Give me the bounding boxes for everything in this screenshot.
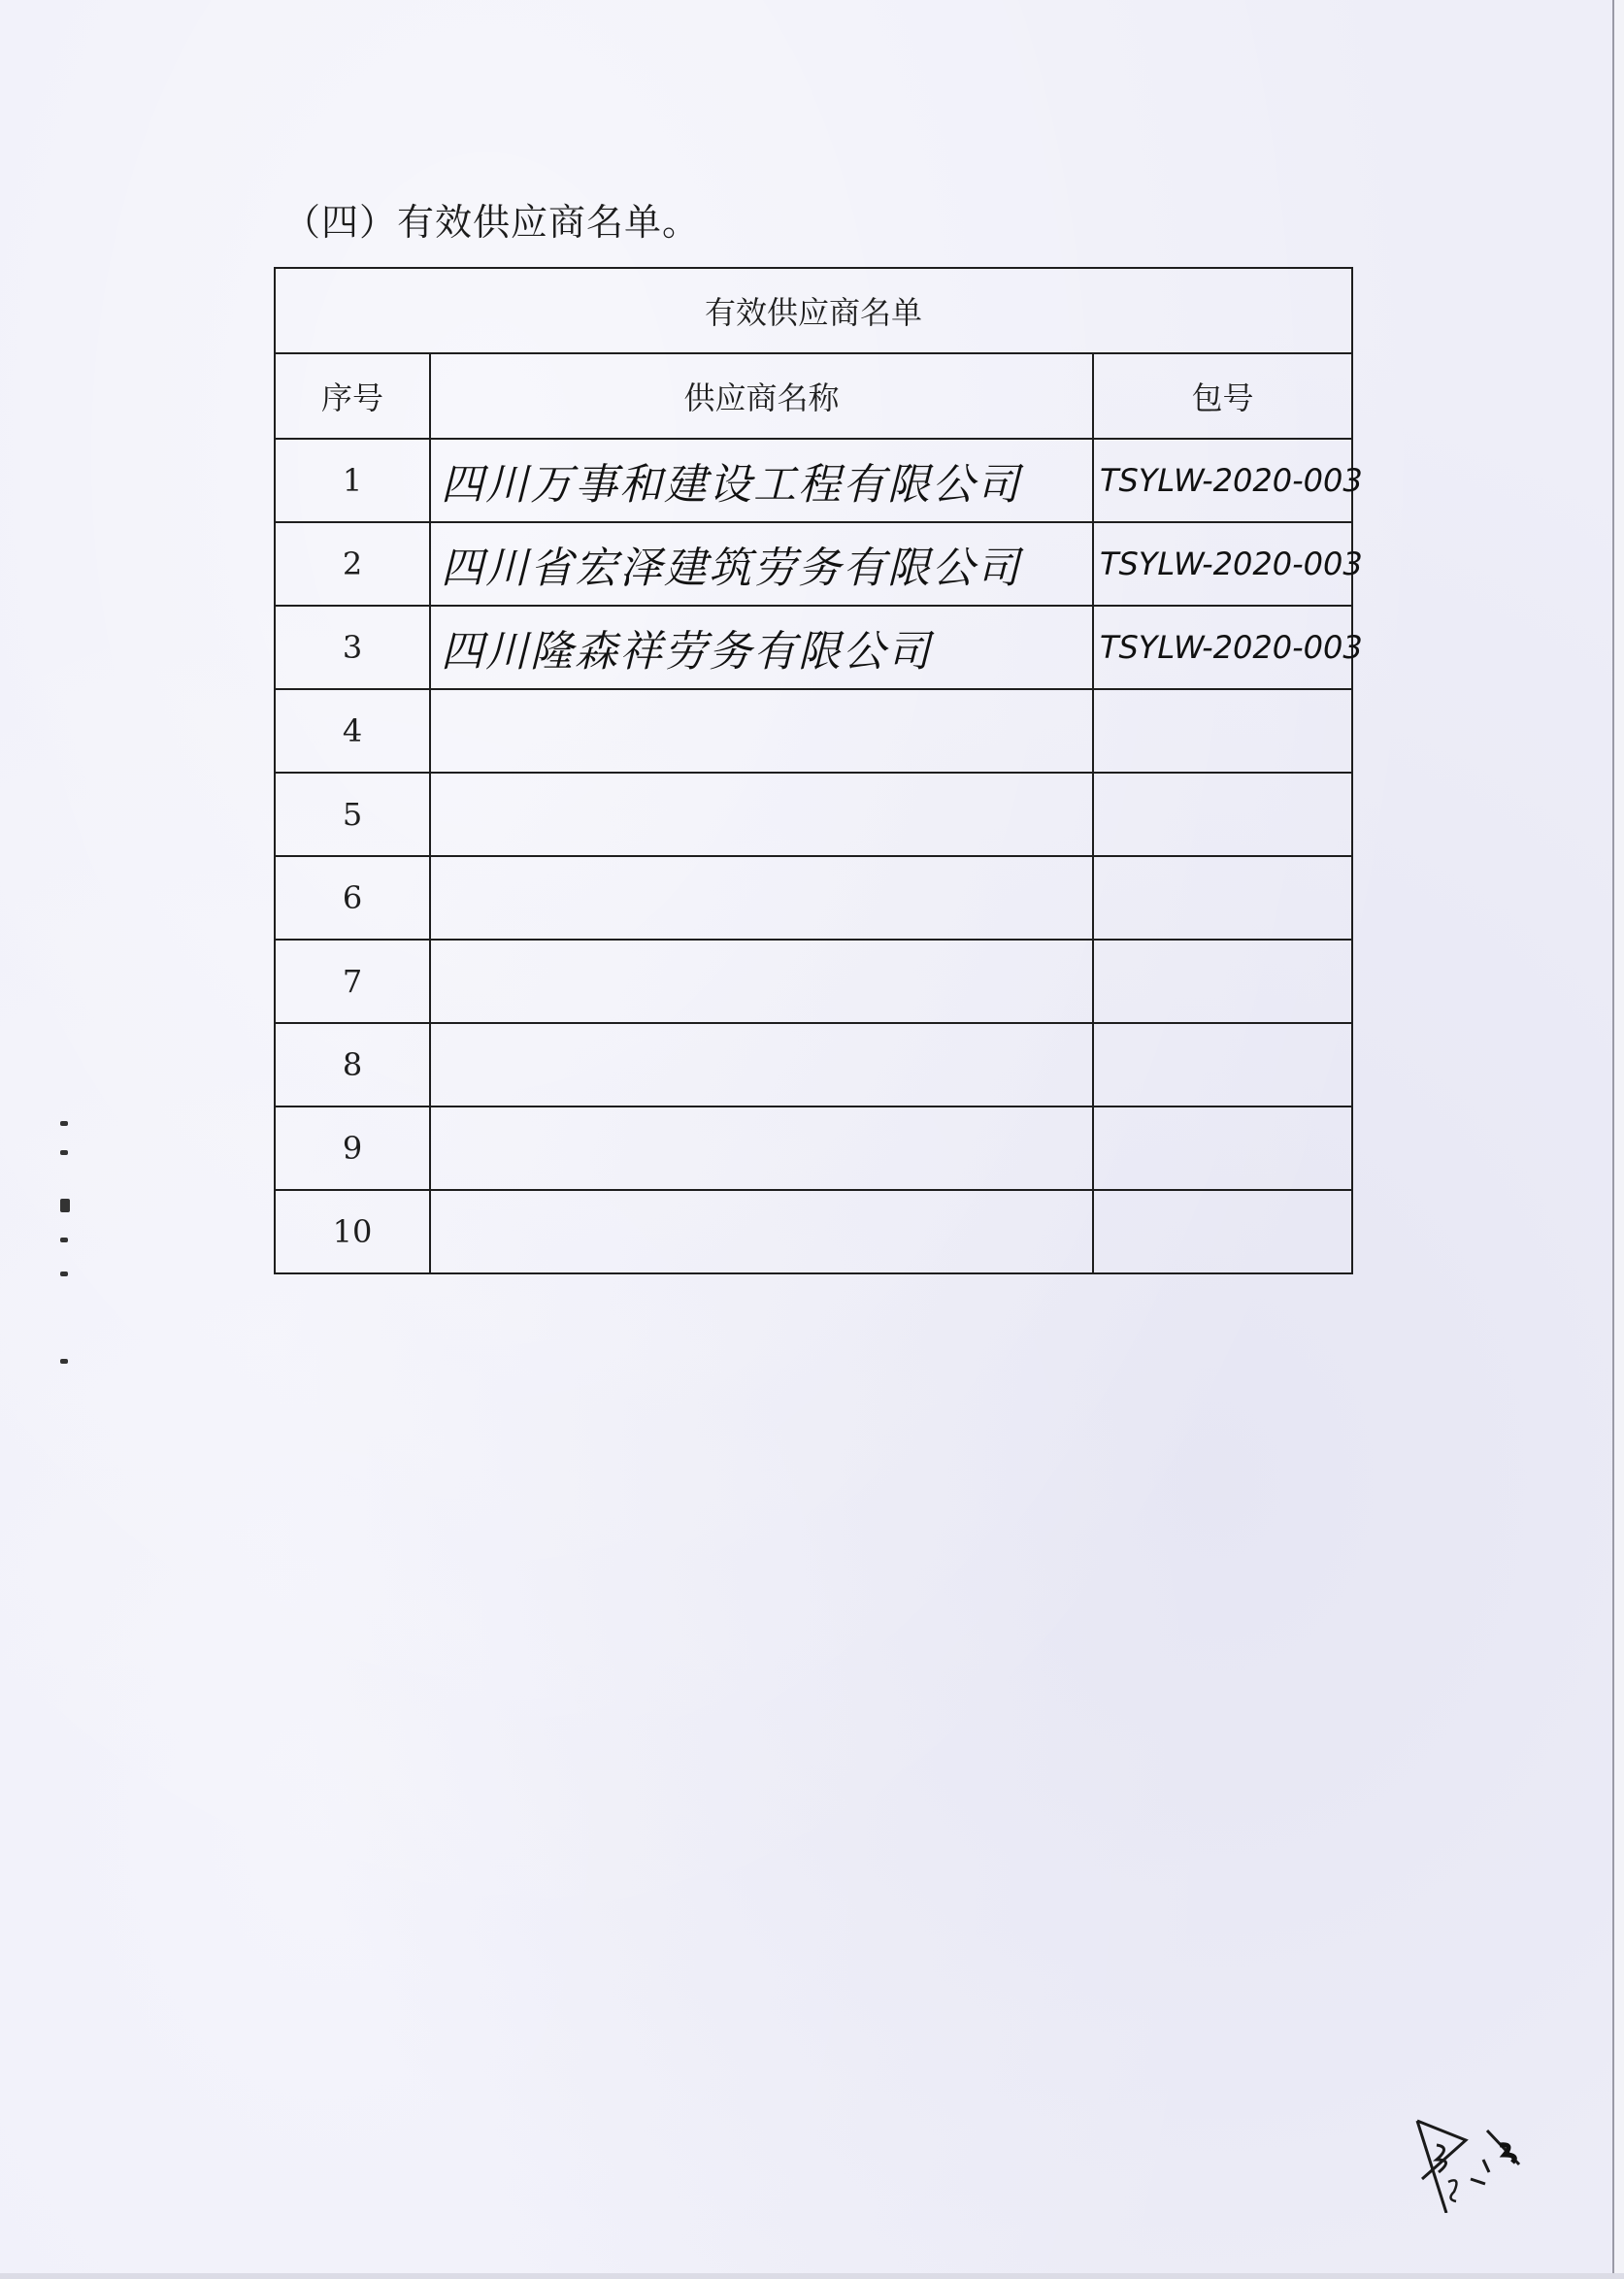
table-title-row: 有效供应商名单 [275,268,1352,353]
row-index: 7 [275,940,430,1023]
row-supplier-name [430,1106,1093,1190]
row-index: 5 [275,773,430,856]
row-supplier-name: 四川隆森祥劳务有限公司 [430,606,1093,689]
header-supplier-name: 供应商名称 [430,353,1093,439]
row-package-no [1093,856,1352,940]
table-row: 9 [275,1106,1352,1190]
table-row: 10 [275,1190,1352,1273]
table-row: 4 [275,689,1352,773]
supplier-table: 有效供应商名单 序号 供应商名称 包号 1 四川万事和建设工程有限公司 TSYL… [274,267,1353,1274]
row-index: 4 [275,689,430,773]
supplier-table-container: 有效供应商名单 序号 供应商名称 包号 1 四川万事和建设工程有限公司 TSYL… [274,267,1351,1274]
row-supplier-name: 四川省宏泽建筑劳务有限公司 [430,522,1093,606]
row-index: 2 [275,522,430,606]
row-package-no: TSYLW-2020-003 [1093,522,1352,606]
table-header-row: 序号 供应商名称 包号 [275,353,1352,439]
scan-bottom-edge [0,2273,1624,2279]
row-package-no [1093,1023,1352,1106]
row-package-no [1093,689,1352,773]
row-package-no: TSYLW-2020-003 [1093,439,1352,522]
row-index: 9 [275,1106,430,1190]
row-package-no: TSYLW-2020-003 [1093,606,1352,689]
row-index: 1 [275,439,430,522]
row-supplier-name [430,1023,1093,1106]
header-package-no: 包号 [1093,353,1352,439]
scan-right-edge [1612,0,1624,2279]
row-package-no [1093,940,1352,1023]
row-supplier-name [430,773,1093,856]
table-row: 3 四川隆森祥劳务有限公司 TSYLW-2020-003 [275,606,1352,689]
table-row: 7 [275,940,1352,1023]
table-title: 有效供应商名单 [275,268,1352,353]
row-index: 3 [275,606,430,689]
row-package-no [1093,773,1352,856]
row-package-no [1093,1190,1352,1273]
table-row: 2 四川省宏泽建筑劳务有限公司 TSYLW-2020-003 [275,522,1352,606]
row-supplier-name: 四川万事和建设工程有限公司 [430,439,1093,522]
row-index: 10 [275,1190,430,1273]
row-supplier-name [430,1190,1093,1273]
table-row: 1 四川万事和建设工程有限公司 TSYLW-2020-003 [275,439,1352,522]
row-supplier-name [430,856,1093,940]
table-row: 5 [275,773,1352,856]
header-index: 序号 [275,353,430,439]
row-index: 8 [275,1023,430,1106]
table-row: 8 [275,1023,1352,1106]
table-row: 6 [275,856,1352,940]
row-package-no [1093,1106,1352,1190]
row-supplier-name [430,689,1093,773]
binding-hole-marks [60,1121,80,1373]
row-supplier-name [430,940,1093,1023]
handwritten-initials-icon [1408,2106,1543,2213]
row-index: 6 [275,856,430,940]
section-heading: （四）有效供应商名单。 [283,192,700,246]
